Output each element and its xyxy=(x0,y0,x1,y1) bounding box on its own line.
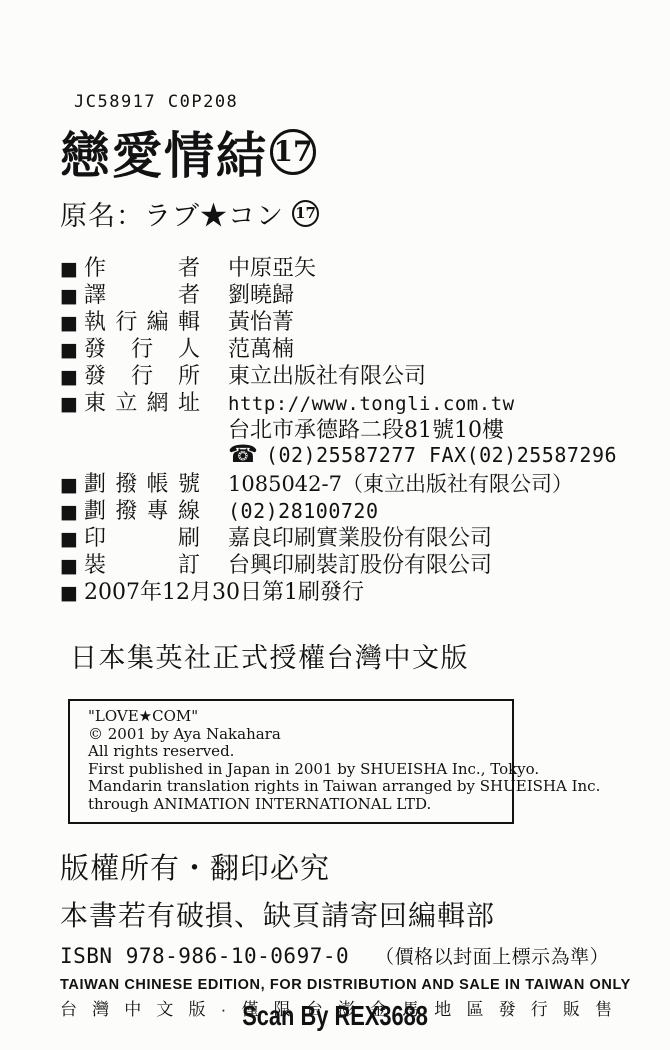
copyright-first-published: First published in Japan in 2001 by SHUE… xyxy=(88,761,512,779)
telephone-icon: ☎ xyxy=(228,440,258,468)
square-bullet-icon: ■ xyxy=(60,526,84,553)
title-line: 戀愛情結17 xyxy=(60,116,614,188)
square-bullet-icon: ■ xyxy=(60,310,84,337)
volume-number-circle: 17 xyxy=(270,129,316,175)
square-bullet-icon: ■ xyxy=(60,553,84,580)
subtitle-line: 原名：ラブ★コン17 xyxy=(60,194,614,233)
square-bullet-icon: ■ xyxy=(60,337,84,364)
isbn-line: ISBN 978-986-10-0697-0 （價格以封面上標示為準） xyxy=(60,942,614,969)
credit-label: 東立網址 xyxy=(84,386,200,417)
credit-row-publisher-company: ■ 發行所 東立出版社有限公司 xyxy=(60,359,614,386)
damaged-copy-notice: 本書若有破損、缺頁請寄回編輯部 xyxy=(60,894,614,934)
copyright-title: "LOVE★COM" xyxy=(88,708,512,726)
copyright-agent: through ANIMATION INTERNATIONAL LTD. xyxy=(88,796,512,814)
scan-credit-line: Scan By REX3688 xyxy=(0,1000,670,1032)
credit-row-phone: ☎ (02)25587277 FAX(02)25587296 xyxy=(60,440,614,467)
page-content: JC58917 C0P208 戀愛情結17 原名：ラブ★コン17 ■ 作者 中原… xyxy=(0,0,670,1020)
credit-row-translator: ■ 譯者 劉曉歸 xyxy=(60,278,614,305)
book-title: 戀愛情結 xyxy=(60,116,268,188)
license-statement: 日本集英社正式授權台灣中文版 xyxy=(70,636,614,675)
credit-row-postal-line: ■ 劃撥專線 (02)28100720 xyxy=(60,494,614,521)
phone-fax-numbers: (02)25587277 FAX(02)25587296 xyxy=(266,443,617,467)
credit-row-binder: ■ 裝訂 台興印刷裝訂股份有限公司 xyxy=(60,548,614,575)
credit-row-postal-account: ■ 劃撥帳號 1085042-7（東立出版社有限公司） xyxy=(60,467,614,494)
square-bullet-icon: ■ xyxy=(60,256,84,283)
scan-credit-text: Scan By REX3688 xyxy=(242,1000,428,1032)
credit-value: 東立出版社有限公司 xyxy=(228,359,426,390)
copyright-mandarin-rights: Mandarin translation rights in Taiwan ar… xyxy=(88,778,512,796)
credits-block: ■ 作者 中原亞矢 ■ 譯者 劉曉歸 ■ 執行編輯 黃怡菁 ■ 發行人 范萬楠 … xyxy=(60,251,614,602)
copyright-box: "LOVE★COM" © 2001 by Aya Nakahara All ri… xyxy=(68,699,514,824)
original-title: 原名：ラブ★コン xyxy=(60,194,284,233)
print-date: 2007年12月30日第1刷發行 xyxy=(84,575,364,606)
credit-row-website: ■ 東立網址 http://www.tongli.com.tw xyxy=(60,386,614,413)
colophon-page: JC58917 C0P208 戀愛情結17 原名：ラブ★コン17 ■ 作者 中原… xyxy=(0,0,670,1050)
subtitle-volume-circle: 17 xyxy=(292,200,319,227)
taiwan-edition-notice-english: TAIWAN CHINESE EDITION, FOR DISTRIBUTION… xyxy=(60,977,614,993)
credit-row-print-date: ■ 2007年12月30日第1刷發行 xyxy=(60,575,614,602)
credit-row-author: ■ 作者 中原亞矢 xyxy=(60,251,614,278)
copyright-rights: All rights reserved. xyxy=(88,743,512,761)
all-rights-reserved-line: 版權所有・翻印必究 xyxy=(60,846,614,887)
postal-hotline-number: (02)28100720 xyxy=(228,499,379,523)
square-bullet-icon: ■ xyxy=(60,391,84,418)
credit-row-printer: ■ 印刷 嘉良印刷實業股份有限公司 xyxy=(60,521,614,548)
price-note: （價格以封面上標示為準） xyxy=(375,942,609,969)
square-bullet-icon: ■ xyxy=(60,580,84,607)
square-bullet-icon: ■ xyxy=(60,364,84,391)
isbn-number: ISBN 978-986-10-0697-0 xyxy=(60,944,349,968)
square-bullet-icon: ■ xyxy=(60,499,84,526)
postal-account-number: 1085042-7（東立出版社有限公司） xyxy=(228,468,573,498)
credit-row-editor: ■ 執行編輯 黃怡菁 xyxy=(60,305,614,332)
catalog-code: JC58917 C0P208 xyxy=(74,92,614,112)
square-bullet-icon: ■ xyxy=(60,283,84,310)
website-url: http://www.tongli.com.tw xyxy=(228,393,515,415)
copyright-author: © 2001 by Aya Nakahara xyxy=(88,726,512,744)
credit-row-publisher-person: ■ 發行人 范萬楠 xyxy=(60,332,614,359)
publisher-address: 台北市承德路二段81號10樓 xyxy=(228,413,504,444)
credit-row-address: 台北市承德路二段81號10樓 xyxy=(60,413,614,440)
square-bullet-icon: ■ xyxy=(60,472,84,499)
